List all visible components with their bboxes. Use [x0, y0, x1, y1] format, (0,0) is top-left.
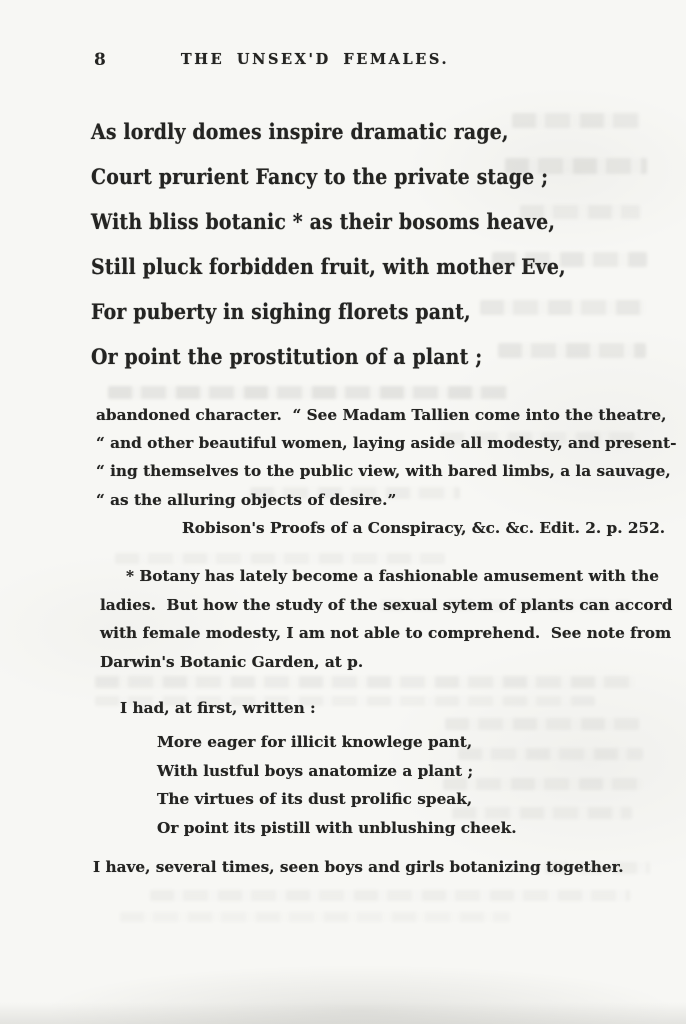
asterisk-footnote-line: ladies. But how the study of the sexual … — [100, 591, 672, 620]
revision-intro: I had, at first, written : — [120, 699, 316, 717]
revision-verse-line: With lustful boys anatomize a plant ; — [157, 757, 517, 786]
poem-line: As lordly domes inspire dramatic rage, — [91, 109, 566, 154]
footnote-attribution: Robison's Proofs of a Conspiracy, &c. &c… — [182, 514, 676, 542]
poem-line: With bliss botanic * as their bosoms hea… — [91, 199, 566, 244]
revision-verse-line: More eager for illicit knowlege pant, — [157, 728, 517, 757]
footnote-line: “ as the alluring objects of desire.” — [96, 486, 676, 514]
revision-verse-line: Or point its pistill with unblushing che… — [157, 814, 517, 843]
bleed-through-smudge — [95, 676, 635, 688]
closing-remark: I have, several times, seen boys and gir… — [93, 858, 624, 876]
poem-line: Court prurient Fancy to the private stag… — [91, 154, 566, 199]
revision-verse: More eager for illicit knowlege pant, Wi… — [157, 728, 517, 843]
asterisk-footnote-line: Darwin's Botanic Garden, at p. — [100, 648, 672, 677]
poem-line: Still pluck forbidden fruit, with mother… — [91, 244, 566, 289]
footnote-quotation: abandoned character. “ See Madam Tallien… — [96, 401, 676, 542]
bleed-through-smudge — [108, 386, 508, 399]
running-header: THE UNSEX'D FEMALES. — [0, 51, 630, 68]
poem-stanza: As lordly domes inspire dramatic rage, C… — [91, 109, 566, 379]
asterisk-footnote-line: with female modesty, I am not able to co… — [100, 619, 672, 648]
bleed-through-smudge — [150, 890, 630, 901]
revision-verse-line: The virtues of its dust prolific speak, — [157, 785, 517, 814]
footnote-line: “ and other beautiful women, laying asid… — [96, 429, 676, 457]
scan-bottom-edge-shade — [0, 1002, 686, 1024]
bleed-through-smudge — [120, 912, 510, 922]
footnote-line: “ ing themselves to the public view, wit… — [96, 457, 676, 485]
poem-line: Or point the prostitution of a plant ; — [91, 334, 566, 379]
asterisk-footnote-line: * Botany has lately become a fashionable… — [100, 562, 672, 591]
footnote-line: abandoned character. “ See Madam Tallien… — [96, 401, 676, 429]
poem-line: For puberty in sighing florets pant, — [91, 289, 566, 334]
footnote-botany: * Botany has lately become a fashionable… — [100, 562, 672, 676]
